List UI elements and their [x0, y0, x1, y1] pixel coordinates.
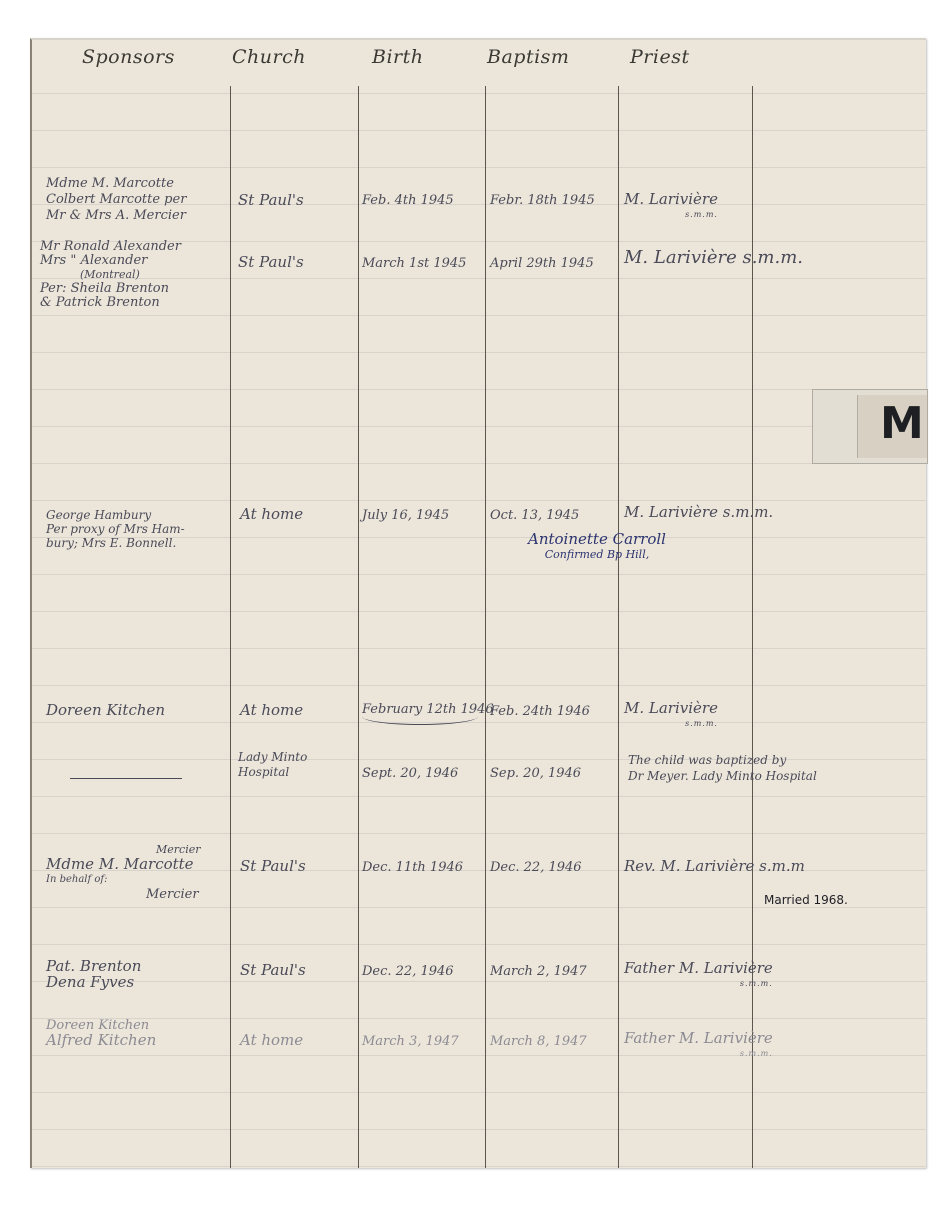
- entry-birth: Sept. 20, 1946: [362, 766, 458, 782]
- entry-priest: M. Larivière s.m.m.: [624, 700, 718, 732]
- priest-name: Father M. Larivière: [624, 1029, 773, 1047]
- entry-sponsors: Pat. Brenton Dena Fyves: [46, 958, 141, 990]
- entry-birth: July 16, 1945: [362, 508, 449, 524]
- entry-priest: M. Larivière s.m.m.: [624, 191, 718, 223]
- entry-birth: Feb. 4th 1945: [362, 193, 454, 209]
- sponsor-line: Mdme M. Marcotte: [46, 176, 186, 192]
- entry-sponsors: Doreen Kitchen: [46, 702, 165, 718]
- priest-name: M. Larivière: [624, 190, 718, 208]
- note-line: Antoinette Carroll: [528, 532, 666, 547]
- entry-priest: Father M. Larivière s.m.m.: [624, 960, 773, 992]
- sponsor-line: Mercier: [46, 887, 200, 902]
- sponsor-line: Mdme M. Marcotte: [46, 857, 200, 872]
- entry-priest: Rev. M. Larivière s.m.m: [624, 858, 805, 874]
- entry-baptism: Sep. 20, 1946: [490, 766, 581, 782]
- entry-priest: M. Larivière s.m.m.: [624, 250, 803, 266]
- entry-baptism: Dec. 22, 1946: [490, 860, 582, 876]
- entry-church: Lady Minto Hospital: [238, 750, 356, 780]
- entry-birth: March 1st 1945: [362, 256, 466, 272]
- entry-note: Antoinette Carroll Confirmed Bp Hill,: [528, 532, 666, 562]
- header-sponsors: Sponsors: [82, 46, 175, 68]
- sponsor-line: Alfred Kitchen: [46, 1033, 156, 1048]
- header-baptism: Baptism: [487, 46, 569, 68]
- header-birth: Birth: [372, 46, 424, 68]
- priest-suffix: s.m.m.: [624, 716, 718, 732]
- sponsor-line: bury; Mrs E. Bonnell.: [46, 536, 185, 550]
- sponsor-line: Per proxy of Mrs Ham-: [46, 522, 185, 536]
- entry-sponsors: Mr Ronald Alexander Mrs " Alexander (Mon…: [40, 240, 181, 310]
- priest-line: Dr Meyer. Lady Minto Hospital: [628, 768, 817, 784]
- entry-church: St Paul's: [238, 254, 304, 270]
- entry-birth: Dec. 11th 1946: [362, 860, 463, 876]
- priest-suffix: s.m.m.: [624, 1046, 773, 1062]
- sponsor-line: In behalf of:: [46, 872, 200, 887]
- sponsor-line: (Montreal): [40, 268, 181, 282]
- entry-birth: March 3, 1947: [362, 1034, 459, 1050]
- entry-baptism: March 2, 1947: [490, 964, 587, 980]
- priest-suffix: s.m.m.: [624, 976, 773, 992]
- index-tab[interactable]: M: [812, 389, 928, 464]
- sponsor-line: Pat. Brenton: [46, 958, 141, 974]
- sponsor-line: Mr Ronald Alexander: [40, 240, 181, 254]
- entry-baptism: Febr. 18th 1945: [490, 193, 595, 209]
- birth-underline: [362, 708, 478, 725]
- header-church: Church: [232, 46, 306, 68]
- index-tab-letter: M: [880, 398, 924, 449]
- column-divider: [485, 86, 486, 1168]
- entry-church: At home: [240, 506, 303, 522]
- entry-priest: Father M. Larivière s.m.m.: [624, 1030, 773, 1062]
- entry-church: St Paul's: [240, 858, 306, 874]
- sponsor-line: & Patrick Brenton: [40, 296, 181, 310]
- priest-line: The child was baptized by: [628, 752, 817, 768]
- sponsor-line: Dena Fyves: [46, 974, 141, 990]
- column-divider: [618, 86, 619, 1168]
- entry-sponsors: Mercier Mdme M. Marcotte In behalf of: M…: [46, 842, 200, 902]
- sponsors-blank-dash: [70, 778, 182, 779]
- entry-sponsors: George Hambury Per proxy of Mrs Ham- bur…: [46, 508, 185, 550]
- entry-church: At home: [240, 1032, 303, 1048]
- sponsor-line: George Hambury: [46, 508, 185, 522]
- entry-priest: M. Larivière s.m.m.: [624, 504, 773, 520]
- entry-baptism: March 8, 1947: [490, 1034, 587, 1050]
- header-priest: Priest: [630, 46, 690, 68]
- sponsor-line: Mr & Mrs A. Mercier: [46, 208, 186, 224]
- entry-baptism: Oct. 13, 1945: [490, 508, 579, 524]
- column-divider: [358, 86, 359, 1168]
- entry-note: Married 1968.: [764, 892, 848, 908]
- ledger-page: Sponsors Church Birth Baptism Priest Mdm…: [30, 38, 926, 1168]
- entry-baptism: April 29th 1945: [490, 256, 594, 272]
- entry-church: St Paul's: [240, 962, 306, 978]
- sponsor-line: Colbert Marcotte per: [46, 192, 186, 208]
- entry-baptism: Feb. 24th 1946: [490, 704, 590, 720]
- entry-sponsors: Doreen Kitchen Alfred Kitchen: [46, 1018, 156, 1048]
- sponsor-line: Per: Sheila Brenton: [40, 282, 181, 296]
- note-line: Confirmed Bp Hill,: [528, 547, 666, 562]
- column-divider: [230, 86, 231, 1168]
- priest-name: M. Larivière: [624, 699, 718, 717]
- entry-birth: Dec. 22, 1946: [362, 964, 454, 980]
- sponsor-line: Mrs " Alexander: [40, 254, 181, 268]
- entry-church: At home: [240, 702, 303, 718]
- priest-name: Father M. Larivière: [624, 959, 773, 977]
- entry-sponsors: Mdme M. Marcotte Colbert Marcotte per Mr…: [46, 176, 186, 224]
- entry-priest: The child was baptized by Dr Meyer. Lady…: [628, 752, 817, 784]
- entry-church: St Paul's: [238, 192, 304, 208]
- priest-suffix: s.m.m.: [624, 207, 718, 223]
